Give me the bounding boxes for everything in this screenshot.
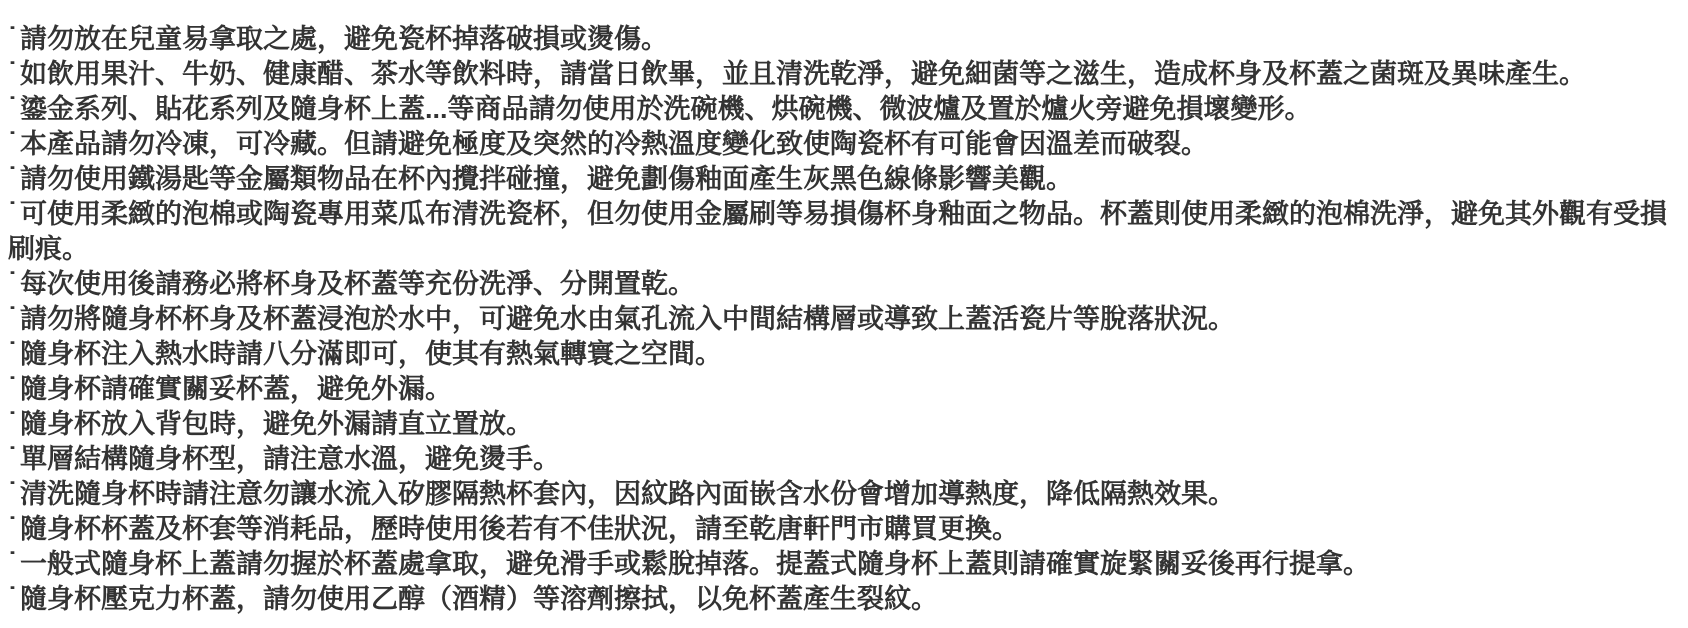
care-instruction-text: 每次使用後請務必將杯身及杯蓋等充份洗淨、分開置乾。 <box>20 269 695 299</box>
care-instruction-item: ˙清洗隨身杯時請注意勿讓水流入矽膠隔熱杯套內，因紋路內面嵌含水份會增加導熱度，降… <box>8 477 1678 512</box>
care-instruction-text: 隨身杯注入熱水時請八分滿即可，使其有熱氣轉寰之空間。 <box>20 339 722 369</box>
bullet-dot: ˙ <box>8 370 17 405</box>
bullet-dot: ˙ <box>8 195 17 230</box>
bullet-dot: ˙ <box>8 55 17 90</box>
care-instruction-item: ˙本產品請勿冷凍，可冷藏。但請避免極度及突然的冷熱溫度變化致使陶瓷杯有可能會因溫… <box>8 127 1678 162</box>
care-instructions-list: ˙請勿放在兒童易拿取之處，避免瓷杯掉落破損或燙傷。 ˙如飲用果汁、牛奶、健康醋、… <box>0 0 1688 627</box>
care-instruction-item: ˙單層結構隨身杯型，請注意水溫，避免燙手。 <box>8 442 1678 477</box>
care-instruction-item: ˙隨身杯請確實關妥杯蓋，避免外漏。 <box>8 372 1678 407</box>
care-instruction-text: 本產品請勿冷凍，可冷藏。但請避免極度及突然的冷熱溫度變化致使陶瓷杯有可能會因溫差… <box>20 129 1208 159</box>
care-instruction-text: 可使用柔緻的泡棉或陶瓷專用菜瓜布清洗瓷杯，但勿使用金屬刷等易損傷杯身釉面之物品。… <box>8 199 1667 264</box>
care-instruction-text: 隨身杯壓克力杯蓋，請勿使用乙醇（酒精）等溶劑擦拭，以免杯蓋產生裂紋。 <box>20 584 938 614</box>
bullet-dot: ˙ <box>8 335 17 370</box>
care-instruction-item: ˙鎏金系列、貼花系列及隨身杯上蓋...等商品請勿使用於洗碗機、烘碗機、微波爐及置… <box>8 92 1678 127</box>
bullet-dot: ˙ <box>8 300 17 335</box>
care-instruction-text: 一般式隨身杯上蓋請勿握於杯蓋處拿取，避免滑手或鬆脫掉落。提蓋式隨身杯上蓋則請確實… <box>20 549 1370 579</box>
care-instruction-text: 隨身杯杯蓋及杯套等消耗品，歷時使用後若有不佳狀況，請至乾唐軒門市購買更換。 <box>20 514 1019 544</box>
care-instruction-text: 隨身杯放入背包時，避免外漏請直立置放。 <box>20 409 533 439</box>
care-instruction-text: 請勿將隨身杯杯身及杯蓋浸泡於水中，可避免水由氣孔流入中間結構層或導致上蓋活瓷片等… <box>20 304 1235 334</box>
bullet-dot: ˙ <box>8 20 17 55</box>
care-instruction-text: 請勿放在兒童易拿取之處，避免瓷杯掉落破損或燙傷。 <box>20 24 668 54</box>
bullet-dot: ˙ <box>8 90 17 125</box>
bullet-dot: ˙ <box>8 440 17 475</box>
care-instruction-text: 如飲用果汁、牛奶、健康醋、茶水等飲料時，請當日飲畢，並且清洗乾淨，避免細菌等之滋… <box>20 59 1586 89</box>
bullet-dot: ˙ <box>8 405 17 440</box>
bullet-dot: ˙ <box>8 125 17 160</box>
care-instruction-item: ˙可使用柔緻的泡棉或陶瓷專用菜瓜布清洗瓷杯，但勿使用金屬刷等易損傷杯身釉面之物品… <box>8 197 1678 267</box>
care-instruction-item: ˙隨身杯放入背包時，避免外漏請直立置放。 <box>8 407 1678 442</box>
care-instruction-item: ˙隨身杯壓克力杯蓋，請勿使用乙醇（酒精）等溶劑擦拭，以免杯蓋產生裂紋。 <box>8 582 1678 617</box>
bullet-dot: ˙ <box>8 510 17 545</box>
bullet-dot: ˙ <box>8 545 17 580</box>
care-instruction-item: ˙隨身杯注入熱水時請八分滿即可，使其有熱氣轉寰之空間。 <box>8 337 1678 372</box>
care-instruction-text: 清洗隨身杯時請注意勿讓水流入矽膠隔熱杯套內，因紋路內面嵌含水份會增加導熱度，降低… <box>20 479 1235 509</box>
care-instruction-text: 請勿使用鐵湯匙等金屬類物品在杯內攪拌碰撞，避免劃傷釉面產生灰黑色線條影響美觀。 <box>20 164 1073 194</box>
bullet-dot: ˙ <box>8 580 17 615</box>
care-instruction-item: ˙隨身杯杯蓋及杯套等消耗品，歷時使用後若有不佳狀況，請至乾唐軒門市購買更換。 <box>8 512 1678 547</box>
care-instruction-item: ˙一般式隨身杯上蓋請勿握於杯蓋處拿取，避免滑手或鬆脫掉落。提蓋式隨身杯上蓋則請確… <box>8 547 1678 582</box>
care-instruction-item: ˙如飲用果汁、牛奶、健康醋、茶水等飲料時，請當日飲畢，並且清洗乾淨，避免細菌等之… <box>8 57 1678 92</box>
bullet-dot: ˙ <box>8 475 17 510</box>
bullet-dot: ˙ <box>8 160 17 195</box>
care-instruction-text: 隨身杯請確實關妥杯蓋，避免外漏。 <box>20 374 452 404</box>
care-instruction-text: 鎏金系列、貼花系列及隨身杯上蓋...等商品請勿使用於洗碗機、烘碗機、微波爐及置於… <box>20 94 1312 124</box>
care-instruction-item: ˙請勿使用鐵湯匙等金屬類物品在杯內攪拌碰撞，避免劃傷釉面產生灰黑色線條影響美觀。 <box>8 162 1678 197</box>
bullet-dot: ˙ <box>8 265 17 300</box>
care-instruction-item: ˙請勿將隨身杯杯身及杯蓋浸泡於水中，可避免水由氣孔流入中間結構層或導致上蓋活瓷片… <box>8 302 1678 337</box>
care-instruction-text: 單層結構隨身杯型，請注意水溫，避免燙手。 <box>20 444 560 474</box>
care-instruction-item: ˙每次使用後請務必將杯身及杯蓋等充份洗淨、分開置乾。 <box>8 267 1678 302</box>
care-instruction-item: ˙請勿放在兒童易拿取之處，避免瓷杯掉落破損或燙傷。 <box>8 22 1678 57</box>
